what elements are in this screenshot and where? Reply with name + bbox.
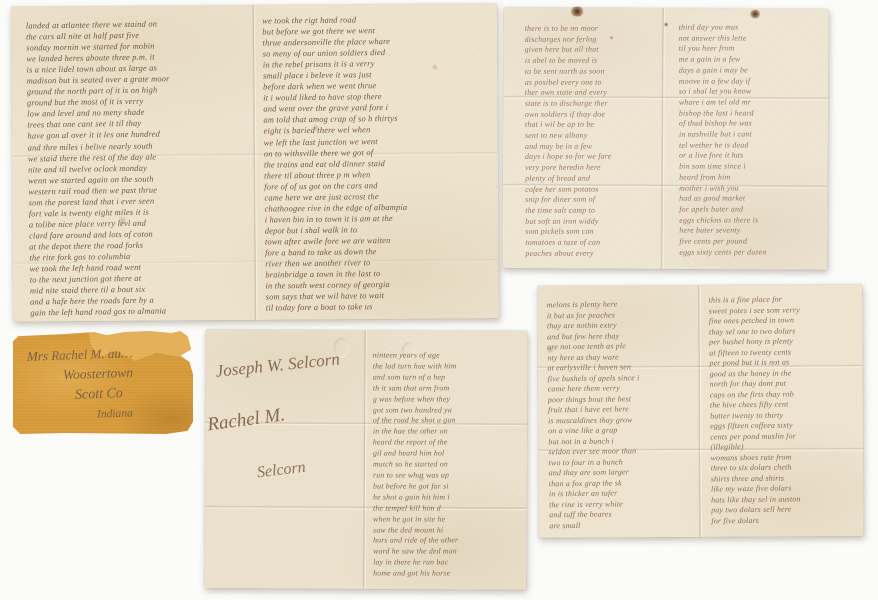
handwritten-line: cofee her som potatos bbox=[525, 184, 659, 195]
handwritten-line: ther own state and every bbox=[525, 88, 659, 99]
handwritten-line: but soft an iron widdy bbox=[525, 216, 659, 227]
handwritten-line: me a gain in a few bbox=[679, 54, 823, 65]
handwritten-line: of the road he shot a gun bbox=[373, 416, 523, 427]
handwritten-line: are small bbox=[549, 519, 697, 531]
handwritten-line: eggs sixty cents per duzen bbox=[679, 247, 823, 258]
handwritten-line: got som two hundred ya bbox=[373, 405, 523, 416]
handwritten-line: ward he saw the ded man bbox=[373, 547, 523, 558]
handwritten-line: the time salt camp to bbox=[525, 205, 659, 216]
handwritten-line: to be sent north as soon bbox=[525, 66, 659, 77]
handwritten-line: days i hope so for we fare bbox=[525, 152, 659, 163]
letter-middle-right: melons is plenty hereit but as for peach… bbox=[537, 284, 863, 538]
fold-crease-vertical bbox=[252, 5, 258, 320]
handwritten-line: run to see what was up bbox=[373, 470, 523, 481]
letter-top-left-right-page-text: we took the rigt hand roadbut before we … bbox=[262, 13, 490, 319]
ink-stain bbox=[750, 9, 761, 18]
handwritten-line: as posibel every one to bbox=[525, 77, 659, 88]
letter-top-right-left-page-text: there is to be no moordischarges nor fer… bbox=[525, 23, 660, 261]
handwritten-line: but before he got far si bbox=[373, 481, 523, 492]
handwritten-line: own soldiers if thay doe bbox=[525, 109, 659, 120]
letter-top-left: landed at atlantee there we staind onthe… bbox=[11, 3, 499, 321]
fold-crease-vertical bbox=[697, 285, 702, 537]
handwritten-line: not answer this lette bbox=[679, 33, 823, 44]
handwritten-line: saw the ded mount hi bbox=[373, 525, 523, 536]
handwritten-line: had as good market bbox=[679, 193, 823, 204]
letter-bottom-center-right-page-text: ninteen years of agethe lad turn hae wit… bbox=[373, 350, 523, 582]
fold-crease-vertical bbox=[362, 330, 367, 589]
handwritten-line: hors and ride of the other bbox=[373, 536, 523, 547]
envelope-address-line: Mrs Rachel M. au… bbox=[27, 345, 133, 365]
handwritten-line: and may be in a few bbox=[525, 141, 659, 152]
handwritten-line: of thad bishop he was bbox=[679, 119, 823, 130]
handwritten-line: when he got in site he bbox=[373, 514, 523, 525]
letter-middle-right-right-page-text: this is a fine place forsweet potes i se… bbox=[709, 294, 862, 532]
handwritten-line: so i shal let you know bbox=[679, 86, 823, 97]
handwritten-line: tomatoes a taze of can bbox=[525, 237, 659, 248]
handwritten-line: til you heer from bbox=[679, 44, 823, 55]
handwritten-line: gain the left hand road gos to almania bbox=[30, 304, 246, 318]
handwritten-line: til today fore a boat to take us bbox=[266, 300, 490, 314]
handwritten-line: sent to new albany bbox=[525, 130, 659, 141]
handwritten-line: bin som time since i bbox=[679, 161, 823, 172]
handwritten-line: som pickels som can bbox=[525, 227, 659, 238]
signature-selcorn: Selcorn bbox=[256, 459, 307, 483]
handwritten-line: the tempel kill him d bbox=[373, 503, 523, 514]
letter-middle-right-left-page-text: melons is plenty hereit but as for peach… bbox=[547, 299, 698, 533]
handwritten-line: here buter seventy bbox=[679, 226, 823, 237]
handwritten-line: home and got his horse bbox=[373, 568, 523, 579]
handwritten-line: tel wether he is dead bbox=[679, 140, 823, 151]
letter-top-right-right-page-text: third day you musnot answer this letteti… bbox=[679, 22, 824, 263]
handwritten-line: peaches about every bbox=[525, 248, 659, 259]
handwritten-line: for apels buter and bbox=[679, 204, 823, 215]
ink-stain bbox=[570, 6, 585, 16]
handwritten-line: the lad turn hae with him bbox=[373, 361, 523, 372]
handwritten-line: mother i wish you bbox=[679, 183, 823, 194]
handwritten-line: discharges nor ferlog bbox=[525, 34, 659, 45]
handwritten-line: is abel to be moved is bbox=[525, 55, 659, 66]
handwritten-line: for five dolars bbox=[711, 514, 861, 526]
handwritten-line: mutch so he started on bbox=[373, 459, 523, 470]
letter-top-right: there is to be no moordischarges nor fer… bbox=[502, 7, 828, 270]
handwritten-line: in nashville but i cant bbox=[679, 129, 823, 140]
fold-crease-vertical bbox=[660, 8, 665, 269]
handwritten-line: there is to be no moor bbox=[525, 23, 659, 34]
handwritten-line: eggs chickns as there is bbox=[679, 215, 823, 226]
signature-joseph-selcorn: Joseph W. Selcorn bbox=[215, 349, 341, 381]
handwritten-line: heard from him bbox=[679, 172, 823, 183]
envelope-address-line: Woostertown bbox=[63, 365, 134, 383]
handwritten-line: lay in there he run bac bbox=[373, 558, 523, 569]
envelope-address-line: Indiana bbox=[97, 407, 133, 420]
photo-of-civil-war-letters: landed at atlantee there we staind onthe… bbox=[0, 0, 878, 600]
ink-stain bbox=[664, 22, 669, 27]
envelope: Mrs Rachel M. au… Woostertown Scott Co I… bbox=[13, 331, 193, 434]
handwritten-line: that i wil be ap to be bbox=[525, 120, 659, 131]
handwritten-line: ninteen years of age bbox=[373, 350, 523, 361]
handwritten-line: moove in a few day if bbox=[679, 76, 823, 87]
handwritten-line: given here but all that bbox=[525, 45, 659, 56]
handwritten-line: heard the report of the bbox=[373, 438, 523, 449]
handwritten-line: plenty of bread and bbox=[525, 173, 659, 184]
handwritten-line: state is to discharge ther bbox=[525, 98, 659, 109]
handwritten-line: snip for diner som of bbox=[525, 195, 659, 206]
envelope-address-line: Scott Co bbox=[75, 386, 123, 404]
handwritten-line: in the hae the other on bbox=[373, 427, 523, 438]
letter-top-left-left-page-text: landed at atlantee there we staind onthe… bbox=[26, 17, 247, 320]
letter-bottom-center: Joseph W. Selcorn Rachel M. Selcorn nint… bbox=[204, 329, 527, 590]
handwritten-line: and som turn of a hep bbox=[373, 372, 523, 383]
handwritten-line: third day you mus bbox=[679, 22, 823, 33]
handwritten-line: he shot a gain hit him i bbox=[373, 492, 523, 503]
handwritten-line: very pore heredin here bbox=[525, 163, 659, 174]
signature-rachel-m: Rachel M. bbox=[206, 404, 286, 436]
handwritten-line: th it sam that arm from bbox=[373, 383, 523, 394]
handwritten-line: whare i am tel old mr bbox=[679, 97, 823, 108]
handwritten-line: or a live fore it has bbox=[679, 151, 823, 162]
handwritten-line: days a gain i may be bbox=[679, 65, 823, 76]
handwritten-line: g was before when they bbox=[373, 394, 523, 405]
handwritten-line: bishop the last i heard bbox=[679, 108, 823, 119]
handwritten-line: gil and heard him hol bbox=[373, 448, 523, 459]
handwritten-line: five cents per pound bbox=[679, 236, 823, 247]
